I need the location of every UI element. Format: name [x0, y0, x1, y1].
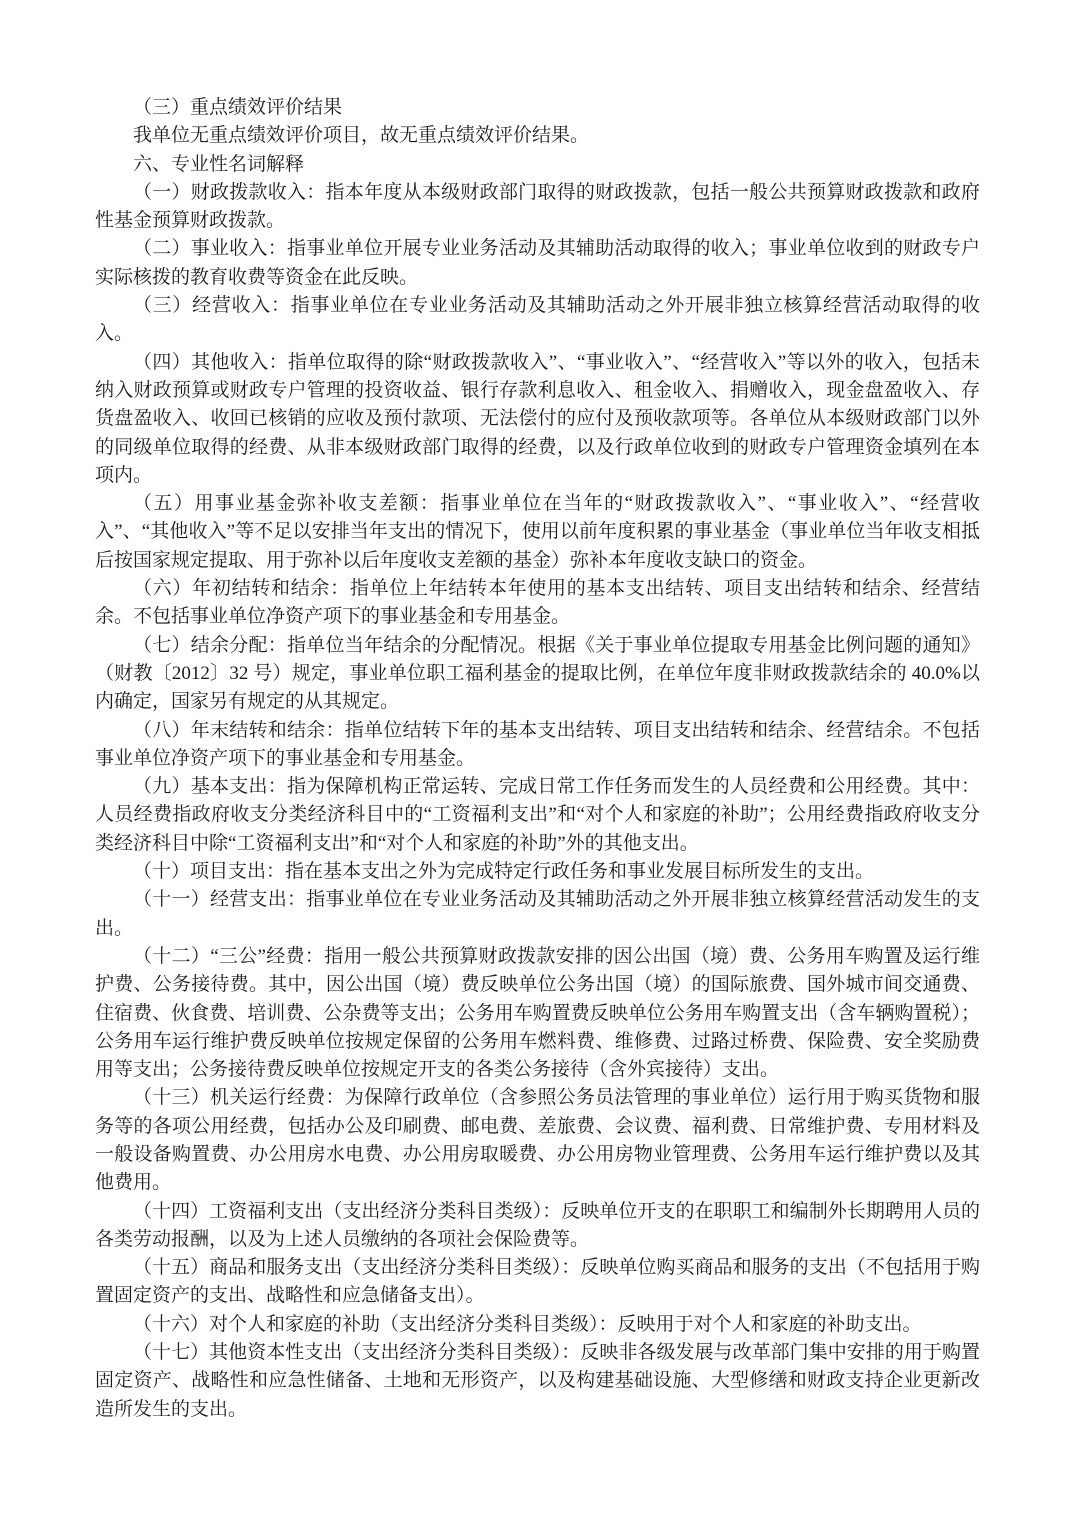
- paragraph: （十三）机关运行经费：为保障行政单位（含参照公务员法管理的事业单位）运行用于购买…: [95, 1084, 980, 1197]
- paragraph: （二）事业收入：指事业单位开展专业业务活动及其辅助活动取得的收入；事业单位收到的…: [95, 235, 980, 292]
- paragraph: （十五）商品和服务支出（支出经济分类科目类级）：反映单位购买商品和服务的支出（不…: [95, 1254, 980, 1311]
- section-heading: （三）重点绩效评价结果: [95, 94, 980, 122]
- paragraph: （三）经营收入：指事业单位在专业业务活动及其辅助活动之外开展非独立核算经营活动取…: [95, 292, 980, 349]
- paragraph: （五）用事业基金弥补收支差额：指事业单位在当年的“财政拨款收入”、“事业收入”、…: [95, 490, 980, 575]
- paragraph: （十二）“三公”经费：指用一般公共预算财政拨款安排的因公出国（境）费、公务用车购…: [95, 943, 980, 1084]
- section-heading: 六、专业性名词解释: [95, 151, 980, 179]
- paragraph: （一）财政拨款收入：指本年度从本级财政部门取得的财政拨款，包括一般公共预算财政拨…: [95, 179, 980, 236]
- paragraph: （六）年初结转和结余：指单位上年结转本年使用的基本支出结转、项目支出结转和结余、…: [95, 575, 980, 632]
- paragraph: （十一）经营支出：指事业单位在专业业务活动及其辅助活动之外开展非独立核算经营活动…: [95, 886, 980, 943]
- paragraph: （八）年末结转和结余：指单位结转下年的基本支出结转、项目支出结转和结余、经营结余…: [95, 717, 980, 774]
- document-page: （三）重点绩效评价结果 我单位无重点绩效评价项目，故无重点绩效评价结果。 六、专…: [0, 0, 1074, 1520]
- paragraph: （十）项目支出：指在基本支出之外为完成特定行政任务和事业发展目标所发生的支出。: [95, 858, 980, 886]
- paragraph: （十四）工资福利支出（支出经济分类科目类级）：反映单位开支的在职职工和编制外长期…: [95, 1198, 980, 1255]
- paragraph: 我单位无重点绩效评价项目，故无重点绩效评价结果。: [95, 122, 980, 150]
- paragraph: （十六）对个人和家庭的补助（支出经济分类科目类级）：反映用于对个人和家庭的补助支…: [95, 1311, 980, 1339]
- paragraph: （九）基本支出：指为保障机构正常运转、完成日常工作任务而发生的人员经费和公用经费…: [95, 773, 980, 858]
- paragraph: （四）其他收入：指单位取得的除“财政拨款收入”、“事业收入”、“经营收入”等以外…: [95, 349, 980, 490]
- paragraph: （七）结余分配：指单位当年结余的分配情况。根据《关于事业单位提取专用基金比例问题…: [95, 632, 980, 717]
- paragraph: （十七）其他资本性支出（支出经济分类科目类级）：反映非各级发展与改革部门集中安排…: [95, 1339, 980, 1424]
